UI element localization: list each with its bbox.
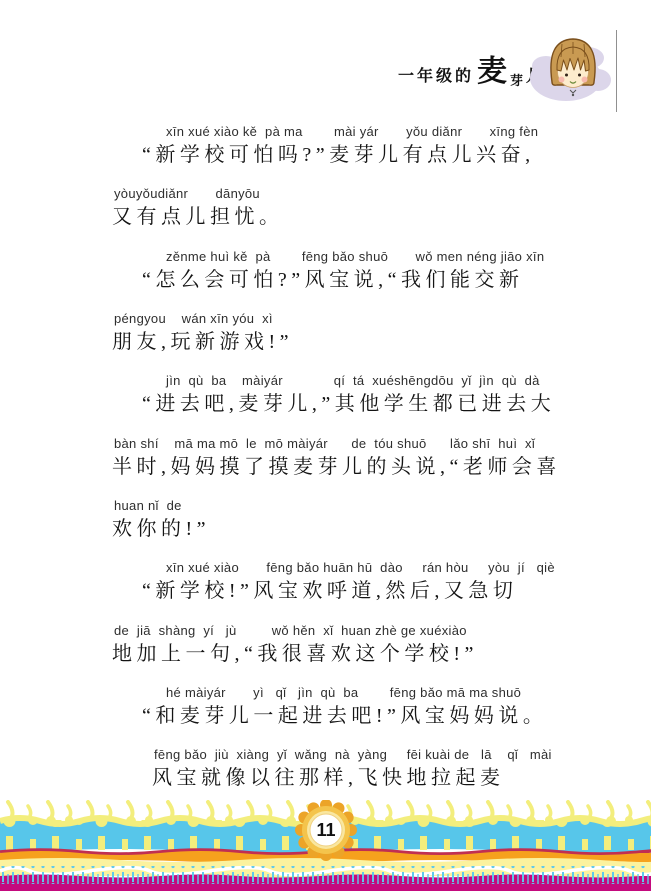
text-line: péngyou wán xīn yóu xì 朋友,玩新游戏!”	[112, 311, 642, 373]
footer-decorative-band	[0, 800, 651, 891]
hanzi-line: “新学校可怕吗?”麦芽儿有点儿兴奋,	[112, 142, 642, 168]
hanzi-line: 地加上一句,“我很喜欢这个学校!”	[112, 641, 642, 667]
book-title-sub-char: 芽	[510, 70, 523, 89]
text-line: zěnme huì kě pà fēng bǎo shuō wǒ men nén…	[112, 249, 642, 311]
pinyin-line: bàn shí mā ma mō le mō màiyár de tóu shu…	[112, 436, 642, 454]
story-text: xīn xué xiào kě pà ma mài yár yǒu diǎnr …	[112, 124, 642, 810]
hanzi-line: 又有点儿担忧。	[112, 204, 642, 230]
text-line: xīn xué xiào kě pà ma mài yár yǒu diǎnr …	[112, 124, 642, 186]
pinyin-line: péngyou wán xīn yóu xì	[112, 311, 642, 329]
pinyin-line: zěnme huì kě pà fēng bǎo shuō wǒ men nén…	[112, 249, 642, 267]
text-line: yòuyǒudiǎnr dānyōu 又有点儿担忧。	[112, 186, 642, 248]
text-line: huan nǐ de 欢你的!”	[112, 498, 642, 560]
pinyin-line: huan nǐ de	[112, 498, 642, 516]
hanzi-line: “进去吧,麦芽儿,”其他学生都已进去大	[112, 391, 642, 417]
hanzi-line: 半时,妈妈摸了摸麦芽儿的头说,“老师会喜	[112, 454, 642, 480]
hanzi-line: “新学校!”风宝欢呼道,然后,又急切	[112, 578, 642, 604]
header-divider-line	[616, 30, 617, 112]
pinyin-line: yòuyǒudiǎnr dānyōu	[112, 186, 642, 204]
pinyin-line: de jiā shàng yí jù wǒ hěn xǐ huan zhè ge…	[112, 623, 642, 641]
book-title-main-char: 麦	[477, 46, 507, 90]
text-line: bàn shí mā ma mō le mō màiyár de tóu shu…	[112, 436, 642, 498]
pinyin-line: xīn xué xiào fēng bǎo huān hū dào rán hò…	[112, 560, 642, 578]
pinyin-line: xīn xué xiào kě pà ma mài yár yǒu diǎnr …	[112, 124, 642, 142]
hanzi-line: 朋友,玩新游戏!”	[112, 329, 642, 355]
book-title: 一年级的 麦 芽 儿	[398, 46, 542, 92]
hanzi-line: “和麦芽儿一起进去吧!”风宝妈妈说。	[112, 703, 642, 729]
pinyin-line: hé màiyár yì qǐ jìn qù ba fēng bǎo mā ma…	[112, 685, 642, 703]
hanzi-line: “怎么会可怕?”风宝说,“我们能交新	[112, 267, 642, 293]
book-title-prefix: 一年级的	[398, 63, 474, 86]
pinyin-line: fēng bǎo jiù xiàng yǐ wǎng nà yàng fēi k…	[112, 747, 642, 765]
text-line: jìn qù ba màiyár qí tá xuéshēngdōu yǐ jì…	[112, 373, 642, 435]
girl-mascot-illustration	[528, 30, 616, 110]
text-line: hé màiyár yì qǐ jìn qù ba fēng bǎo mā ma…	[112, 685, 642, 747]
hanzi-line: 风宝就像以往那样,飞快地拉起麦	[112, 765, 642, 791]
hanzi-line: 欢你的!”	[112, 516, 642, 542]
text-line: xīn xué xiào fēng bǎo huān hū dào rán hò…	[112, 560, 642, 622]
pinyin-line: jìn qù ba màiyár qí tá xuéshēngdōu yǐ jì…	[112, 373, 642, 391]
page-number: 11	[306, 817, 346, 843]
text-line: de jiā shàng yí jù wǒ hěn xǐ huan zhè ge…	[112, 623, 642, 685]
blue-fringe-row	[0, 866, 651, 884]
